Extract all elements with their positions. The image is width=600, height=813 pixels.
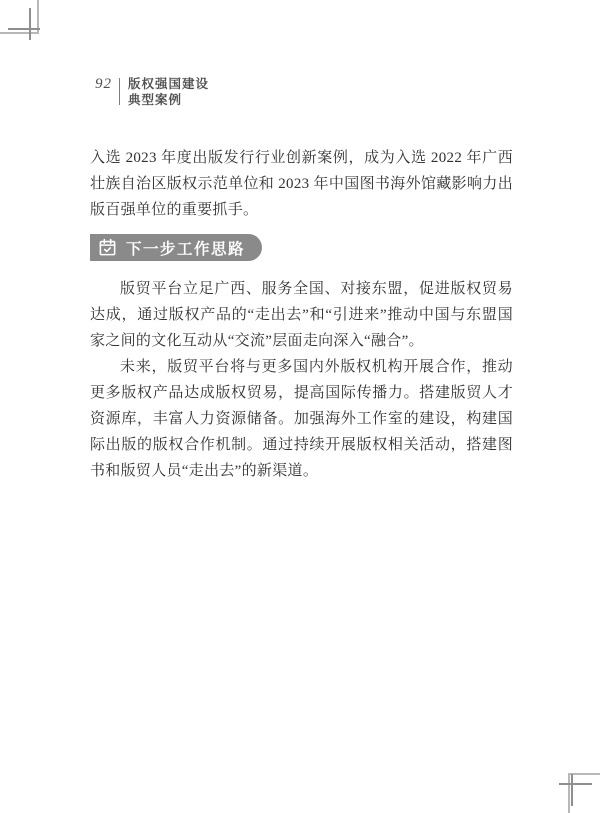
section-title: 下一步工作思路 xyxy=(126,237,245,259)
page-number: 92 xyxy=(95,76,112,93)
header-divider xyxy=(119,78,120,105)
crop-mark-bottom-right-inner-vertical xyxy=(571,774,573,806)
book-page: { "header": { "page_number": "92", "titl… xyxy=(0,0,600,813)
header-title-line1: 版权强国建设 xyxy=(128,76,209,92)
crop-mark-bottom-right-outer xyxy=(568,773,600,813)
paragraph-1: 入选 2023 年度出版发行行业创新案例，成为入选 2022 年广西壮族自治区版… xyxy=(90,145,513,223)
section-banner: 下一步工作思路 xyxy=(90,234,262,261)
crop-mark-top-left-inner-horizontal xyxy=(8,28,40,30)
paragraph-2: 版贸平台立足广西、服务全国、对接东盟，促进版权贸易达成，通过版权产品的“走出去”… xyxy=(90,276,513,354)
header-title: 版权强国建设 典型案例 xyxy=(128,76,209,108)
body-paragraphs: 版贸平台立足广西、服务全国、对接东盟，促进版权贸易达成，通过版权产品的“走出去”… xyxy=(90,276,513,484)
running-header: 92 版权强国建设 典型案例 xyxy=(95,76,209,108)
crop-mark-bottom-right-inner-horizontal xyxy=(559,783,592,785)
calendar-check-icon xyxy=(98,238,117,257)
header-title-line2: 典型案例 xyxy=(128,92,209,108)
paragraph-3: 未来，版贸平台将与更多国内外版权机构开展合作，推动更多版权产品达成版权贸易，提高… xyxy=(90,354,513,484)
crop-mark-top-left-inner-vertical xyxy=(29,8,31,40)
